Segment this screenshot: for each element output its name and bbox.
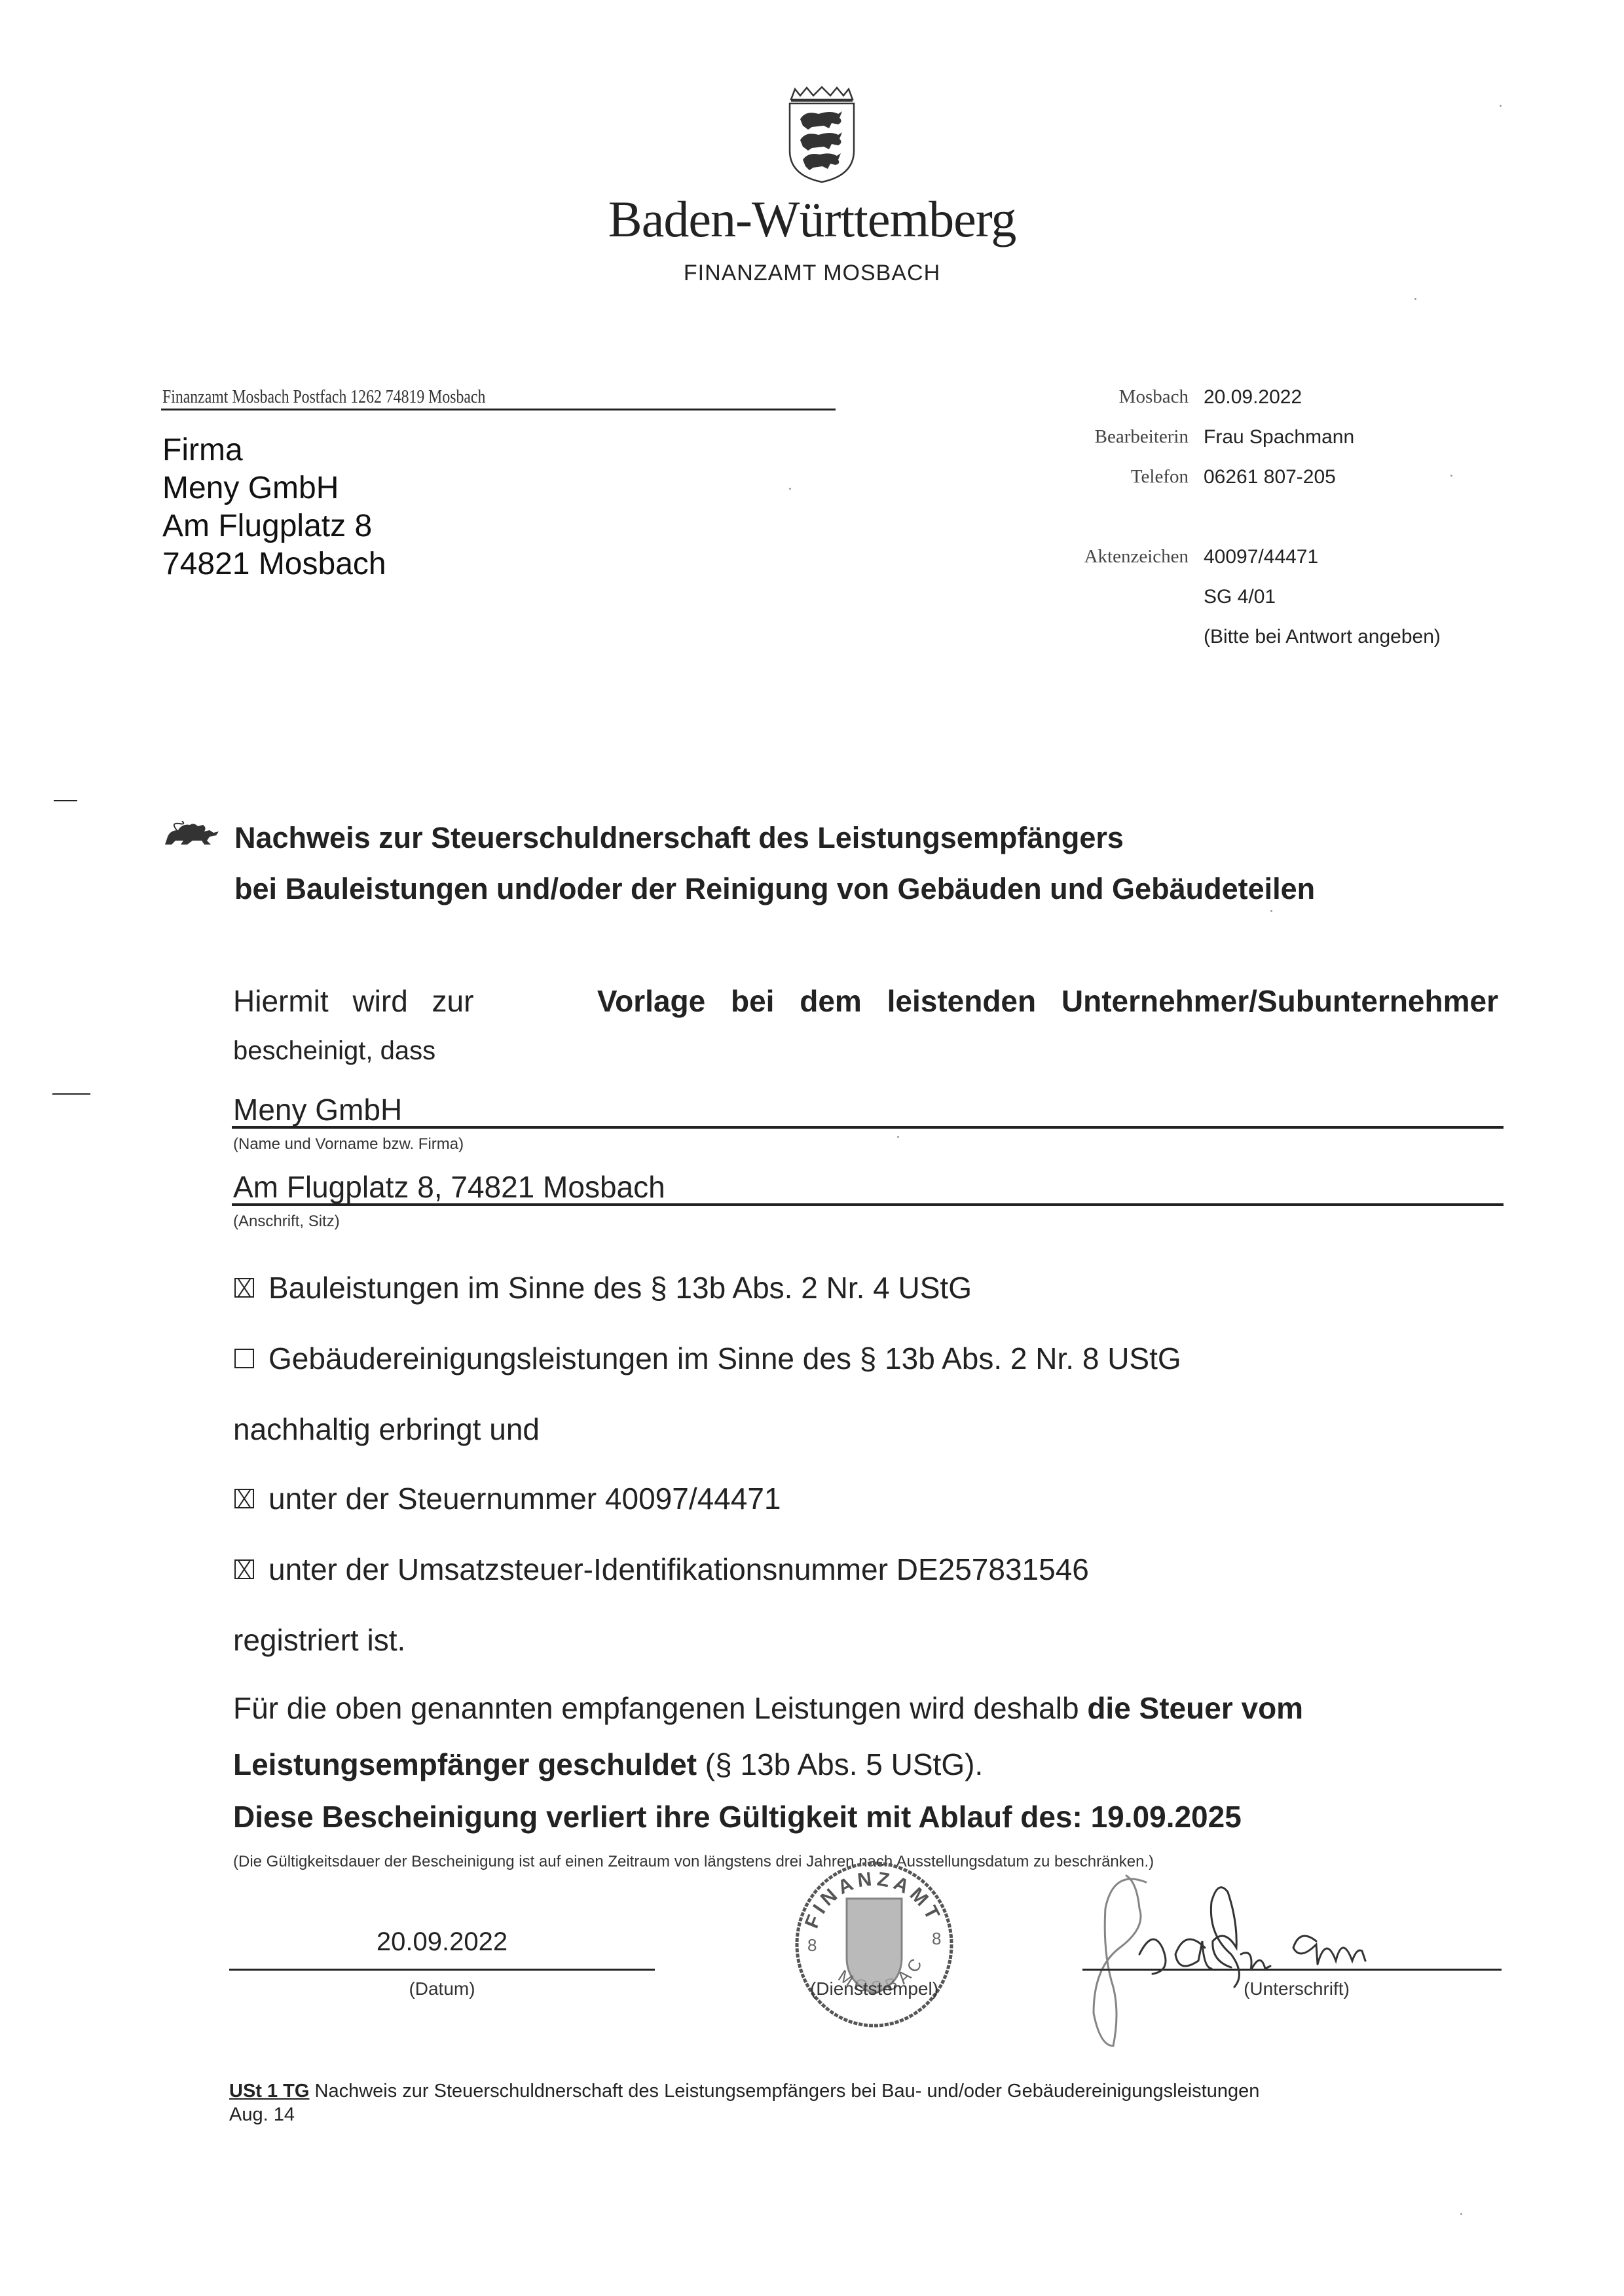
- phone-label: Telefon: [822, 466, 1189, 488]
- date-line: [229, 1969, 655, 1971]
- checkbox-cleaning-services: Gebäudereinigungsleistungen im Sinne des…: [234, 1341, 1181, 1376]
- handwritten-signature: [1074, 1856, 1519, 2052]
- company-name-label: (Name und Vorname bzw. Firma): [233, 1135, 464, 1154]
- intro-line-2: bescheinigt, dass: [233, 1036, 435, 1066]
- form-footer: USt 1 TG Nachweis zur Steuerschuldnersch…: [229, 2081, 1259, 2102]
- checkbox-tax-number: unter der Steuernummer 40097/44471: [234, 1481, 781, 1516]
- checkbox-label: Bauleistungen im Sinne des § 13b Abs. 2 …: [268, 1271, 972, 1305]
- checkbox-checked: [234, 1489, 254, 1508]
- office-name: FINANZAMT MOSBACH: [0, 261, 1624, 286]
- section-code: SG 4/01: [1204, 586, 1276, 608]
- checkbox-construction-services: Bauleistungen im Sinne des § 13b Abs. 2 …: [234, 1270, 972, 1305]
- company-address-label: (Anschrift, Sitz): [233, 1212, 340, 1231]
- checkbox-label: unter der Umsatzsteuer-Identifikationsnu…: [268, 1552, 1089, 1586]
- form-title: Nachweis zur Steuerschuldnerschaft des L…: [309, 2081, 1259, 2102]
- svg-text:8: 8: [807, 1935, 817, 1955]
- svg-text:8: 8: [932, 1929, 941, 1948]
- checkbox-vat-id: unter der Umsatzsteuer-Identifikationsnu…: [234, 1552, 1089, 1587]
- conclusion-legal-ref: (§ 13b Abs. 5 UStG).: [697, 1747, 983, 1781]
- conclusion-line-1: Für die oben genannten empfangenen Leist…: [233, 1690, 1303, 1726]
- state-name: Baden-Württemberg: [0, 190, 1624, 249]
- scan-speckle: [1500, 105, 1502, 107]
- signature-date-value: 20.09.2022: [229, 1927, 655, 1957]
- conclusion-line-2: Leistungsempfänger geschuldet (§ 13b Abs…: [233, 1747, 983, 1782]
- signature-label: (Unterschrift): [1192, 1978, 1401, 1999]
- fold-mark: [54, 800, 77, 801]
- place-label: Mosbach: [822, 386, 1189, 408]
- validity-note: (Die Gültigkeitsdauer der Bescheinigung …: [233, 1853, 1154, 1871]
- scan-speckle: [1460, 2213, 1462, 2215]
- lion-icon: [164, 821, 220, 846]
- company-name-field: Meny GmbH: [233, 1092, 402, 1127]
- company-name-underline: [232, 1126, 1504, 1129]
- official-stamp-icon: FINANZAMT MOSBACH 8 8: [789, 1859, 959, 2030]
- return-address-rule: [161, 409, 836, 410]
- file-reference: 40097/44471: [1204, 546, 1318, 568]
- company-address-underline: [232, 1203, 1504, 1206]
- conclusion-bold-2: Leistungsempfänger geschuldet: [233, 1747, 697, 1781]
- scan-speckle: [789, 488, 791, 490]
- checkbox-checked: [234, 1559, 254, 1579]
- recipient-line-2: Meny GmbH: [162, 470, 339, 506]
- clerk-name: Frau Spachmann: [1204, 426, 1354, 448]
- punch-mark: [52, 1093, 90, 1095]
- connector-text-2: registriert ist.: [233, 1622, 405, 1658]
- document-title-line-1: Nachweis zur Steuerschuldnerschaft des L…: [234, 821, 1124, 855]
- stamp-label: (Dienststempel): [786, 1978, 963, 1999]
- intro-prefix: Hiermit wird zur: [233, 983, 473, 1019]
- checkbox-label: Gebäudereinigungsleistungen im Sinne des…: [268, 1341, 1181, 1376]
- recipient-line-3: Am Flugplatz 8: [162, 508, 372, 544]
- recipient-line-4: 74821 Mosbach: [162, 546, 386, 582]
- checkbox-unchecked: [234, 1349, 254, 1368]
- form-code: USt 1 TG: [229, 2081, 309, 2102]
- scan-speckle: [897, 1136, 899, 1138]
- return-address: Finanzamt Mosbach Postfach 1262 74819 Mo…: [162, 386, 485, 408]
- intro-line-1: Hiermit wird zur Vorlage bei dem leisten…: [233, 983, 1498, 1019]
- checkbox-label: unter der Steuernummer 40097/44471: [268, 1482, 781, 1516]
- clerk-label: Bearbeiterin: [822, 426, 1189, 448]
- scan-speckle: [1414, 298, 1416, 300]
- recipient-line-1: Firma: [162, 432, 243, 468]
- letter-date: 20.09.2022: [1204, 386, 1302, 409]
- connector-text-1: nachhaltig erbringt und: [233, 1412, 540, 1447]
- intro-bold: Vorlage bei dem leistenden Unternehmer/S…: [597, 983, 1498, 1019]
- date-label: (Datum): [229, 1978, 655, 1999]
- conclusion-text: Für die oben genannten empfangenen Leist…: [233, 1691, 1087, 1725]
- document-title-line-2: bei Bauleistungen und/oder der Reinigung…: [234, 872, 1315, 906]
- form-version: Aug. 14: [229, 2104, 295, 2126]
- phone-number: 06261 807-205: [1204, 466, 1336, 488]
- conclusion-bold-1: die Steuer vom: [1087, 1691, 1303, 1725]
- checkbox-checked: [234, 1278, 254, 1298]
- validity-statement: Diese Bescheinigung verliert ihre Gültig…: [233, 1799, 1242, 1834]
- coat-of-arms-icon: [786, 85, 858, 183]
- scan-speckle: [1450, 475, 1452, 477]
- scan-speckle: [1270, 910, 1272, 912]
- company-address-field: Am Flugplatz 8, 74821 Mosbach: [233, 1169, 665, 1205]
- file-ref-label: Aktenzeichen: [822, 546, 1189, 568]
- reference-note: (Bitte bei Antwort angeben): [1204, 626, 1441, 648]
